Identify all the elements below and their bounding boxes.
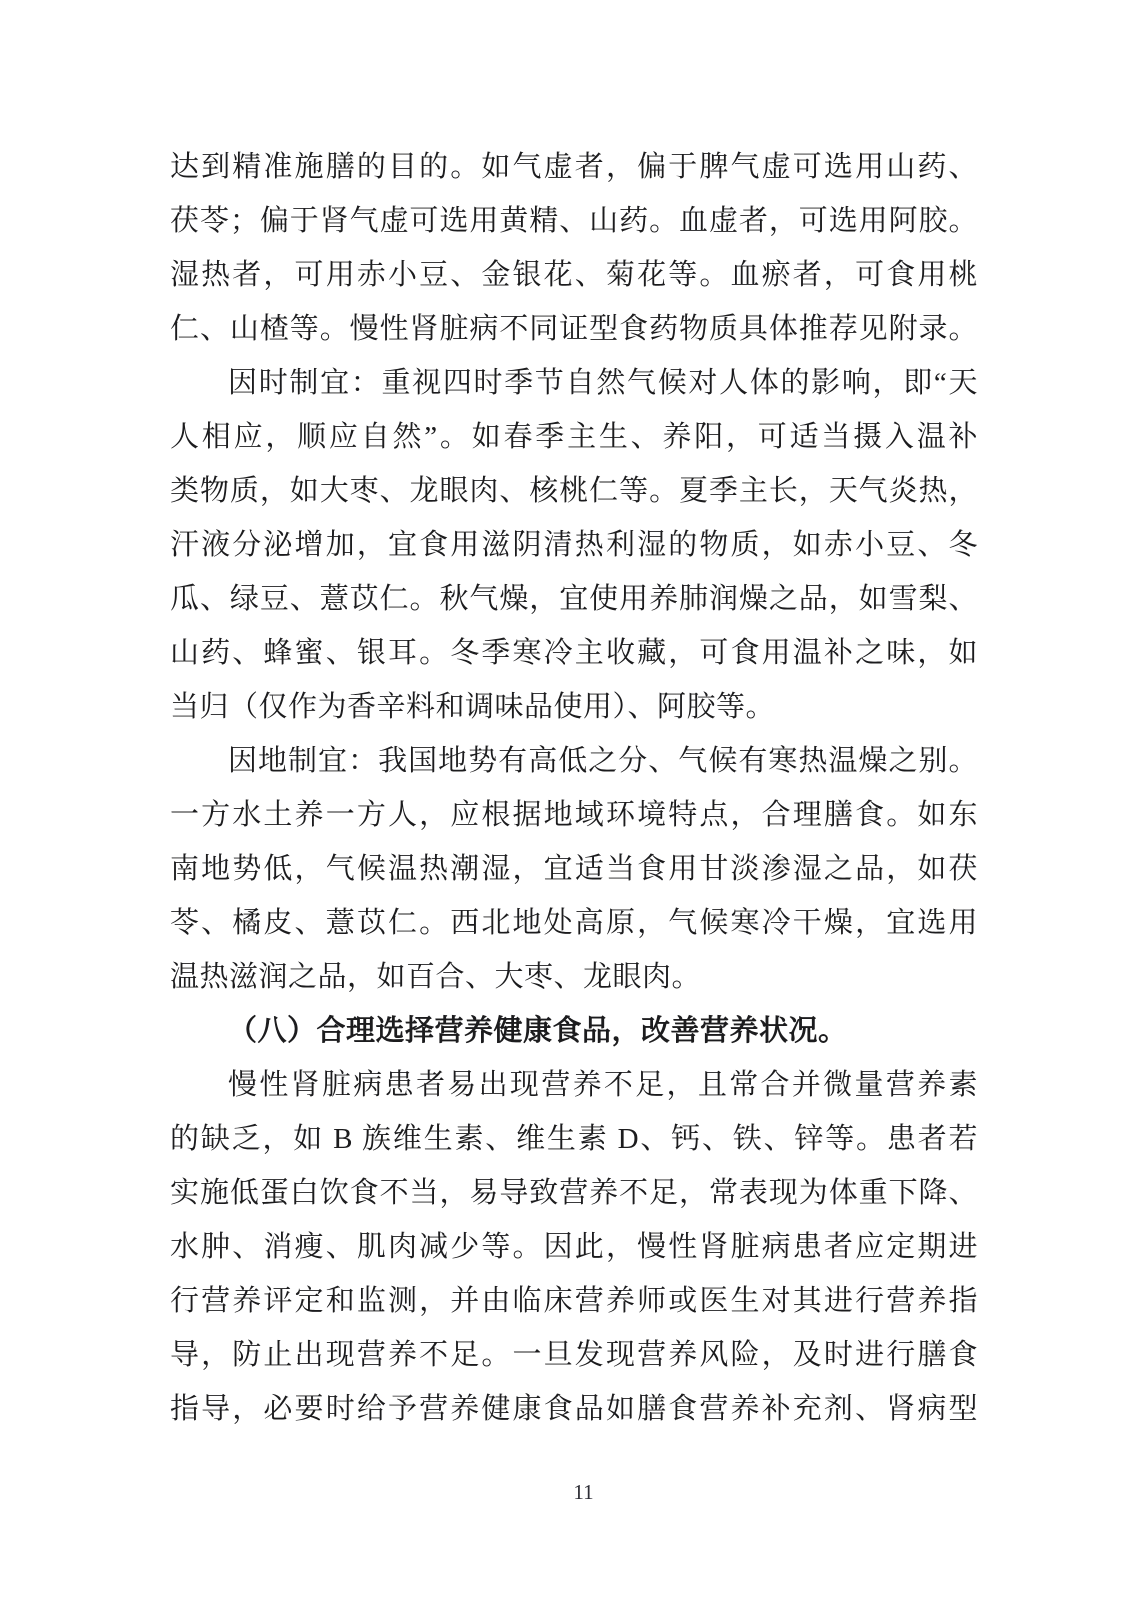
body-line-11: 当归（仅作为香辛料和调味品使用）、阿胶等。	[170, 680, 978, 734]
body-line-05: 因时制宜：重视四时季节自然气候对人体的影响，即“天	[170, 356, 978, 410]
text-block: 达到精准施膳的目的。如气虚者，偏于脾气虚可选用山药、 茯苓；偏于肾气虚可选用黄精…	[170, 140, 978, 1436]
body-line-02: 茯苓；偏于肾气虚可选用黄精、山药。血虚者，可选用阿胶。	[170, 194, 978, 248]
body-line-01: 达到精准施膳的目的。如气虚者，偏于脾气虚可选用山药、	[170, 140, 978, 194]
body-line-10: 山药、蜂蜜、银耳。冬季寒冷主收藏，可食用温补之味，如	[170, 626, 978, 680]
body-line-15: 苓、橘皮、薏苡仁。西北地处高原，气候寒冷干燥，宜选用	[170, 896, 978, 950]
body-line-08: 汗液分泌增加，宜食用滋阴清热利湿的物质，如赤小豆、冬	[170, 518, 978, 572]
body-line-14: 南地势低，气候温热潮湿，宜适当食用甘淡渗湿之品，如茯	[170, 842, 978, 896]
body-line-23: 导，防止出现营养不足。一旦发现营养风险，及时进行膳食	[170, 1328, 978, 1382]
body-line-24: 指导，必要时给予营养健康食品如膳食营养补充剂、肾病型	[170, 1382, 978, 1436]
body-line-12: 因地制宜：我国地势有高低之分、气候有寒热温燥之别。	[170, 734, 978, 788]
body-line-07: 类物质，如大枣、龙眼肉、核桃仁等。夏季主长，天气炎热，	[170, 464, 978, 518]
body-line-21: 水肿、消瘦、肌肉减少等。因此，慢性肾脏病患者应定期进	[170, 1220, 978, 1274]
body-line-03: 湿热者，可用赤小豆、金银花、菊花等。血瘀者，可食用桃	[170, 248, 978, 302]
body-line-06: 人相应，顺应自然”。如春季主生、养阳，可适当摄入温补	[170, 410, 978, 464]
section-heading-8: （八）合理选择营养健康食品，改善营养状况。	[170, 1004, 978, 1058]
body-line-13: 一方水土养一方人，应根据地域环境特点，合理膳食。如东	[170, 788, 978, 842]
page-number: 11	[18, 1480, 1131, 1505]
body-line-22: 行营养评定和监测，并由临床营养师或医生对其进行营养指	[170, 1274, 978, 1328]
body-line-20: 实施低蛋白饮食不当，易导致营养不足，常表现为体重下降、	[170, 1166, 978, 1220]
body-line-09: 瓜、绿豆、薏苡仁。秋气燥，宜使用养肺润燥之品，如雪梨、	[170, 572, 978, 626]
document-page: 达到精准施膳的目的。如气虚者，偏于脾气虚可选用山药、 茯苓；偏于肾气虚可选用黄精…	[0, 0, 1131, 1600]
body-line-19: 的缺乏，如 B 族维生素、维生素 D、钙、铁、锌等。患者若	[170, 1112, 978, 1166]
body-line-18: 慢性肾脏病患者易出现营养不足，且常合并微量营养素	[170, 1058, 978, 1112]
body-line-04: 仁、山楂等。慢性肾脏病不同证型食药物质具体推荐见附录。	[170, 302, 978, 356]
body-line-16: 温热滋润之品，如百合、大枣、龙眼肉。	[170, 950, 978, 1004]
